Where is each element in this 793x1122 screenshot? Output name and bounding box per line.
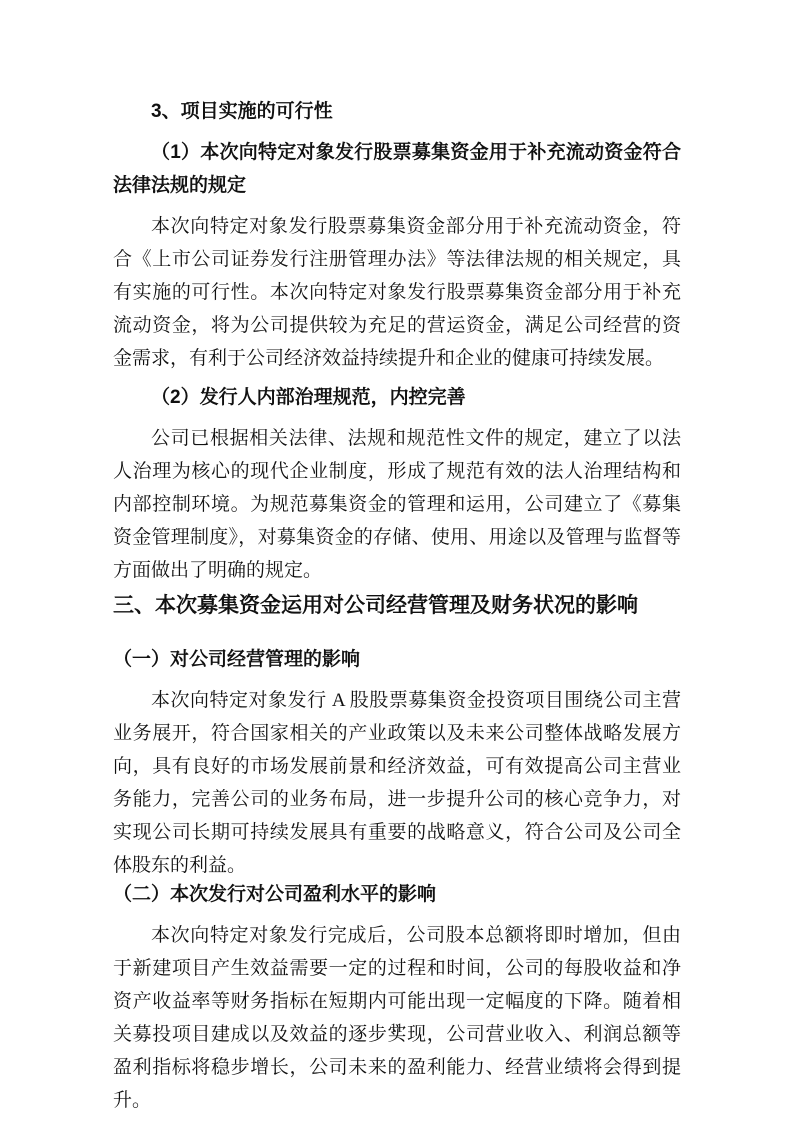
document-content: 3、项目实施的可行性 （1）本次向特定对象发行股票募集资金用于补充流动资金符合法… <box>113 95 681 1117</box>
body-paragraph-feasibility-1: 本次向特定对象发行股票募集资金部分用于补充流动资金，符合《上市公司证券发行注册管… <box>113 210 681 375</box>
subsection-heading-profitability: （二）本次发行对公司盈利水平的影响 <box>113 878 681 911</box>
numbered-subheading-2: （2）发行人内部治理规范，内控完善 <box>113 381 681 414</box>
body-paragraph-profitability: 本次向特定对象发行完成后，公司股本总额将即时增加，但由于新建项目产生效益需要一定… <box>113 919 681 1117</box>
body-paragraph-feasibility-2: 公司已根据相关法律、法规和规范性文件的规定，建立了以法人治理为核心的现代企业制度… <box>113 422 681 587</box>
numbered-subheading-1: （1）本次向特定对象发行股票募集资金用于补充流动资金符合法律法规的规定 <box>113 136 681 202</box>
body-paragraph-operations: 本次向特定对象发行 A 股股票募集资金投资项目围绕公司主营业务展开，符合国家相关… <box>113 684 681 882</box>
subsection-heading-operations: （一）对公司经营管理的影响 <box>113 643 681 676</box>
numbered-heading-feasibility: 3、项目实施的可行性 <box>113 95 681 128</box>
section-heading-three: 三、本次募集资金运用对公司经营管理及财务状况的影响 <box>113 589 681 623</box>
page-number: 11 <box>0 1020 793 1036</box>
document-page: 3、项目实施的可行性 （1）本次向特定对象发行股票募集资金用于补充流动资金符合法… <box>0 0 793 1122</box>
